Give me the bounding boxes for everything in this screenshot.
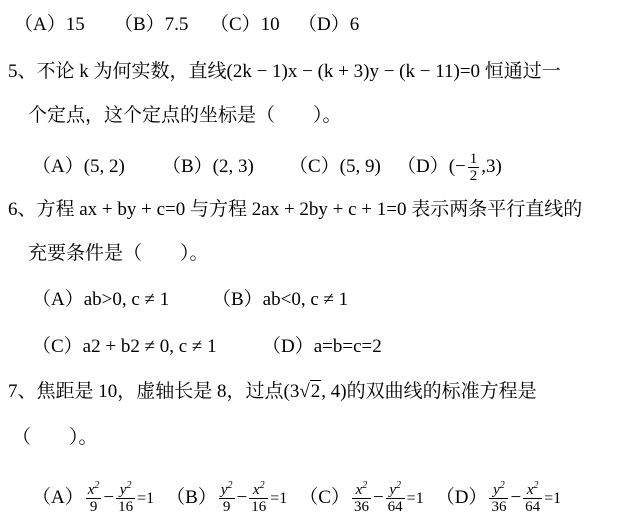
q5-option-a: （A）(5, 2) (32, 156, 162, 178)
q6-option-c: （C）a2 + b2 ≠ 0, c ≠ 1 (32, 336, 262, 358)
sqrt: √2 (299, 381, 321, 403)
q4-option-c: （C）10 (210, 14, 298, 36)
q5-option-b: （B）(2, 3) (162, 156, 289, 178)
q7-line2: （ ）。 (12, 427, 98, 449)
q6-option-a: （A）ab>0, c ≠ 1 (32, 289, 212, 311)
fraction: 12 (468, 151, 480, 184)
fraction: x264 (523, 482, 542, 515)
fraction: x29 (86, 482, 102, 515)
fraction: y236 (489, 482, 508, 515)
q5-line1: 5、不论 k 为何实数，直线(2k − 1)x − (k + 3)y − (k … (8, 61, 561, 83)
q7-line1: 7、焦距是 10，虚轴长是 8，过点(3√2, 4)的双曲线的标准方程是 (8, 381, 537, 403)
q5-options: （A）(5, 2)（B）(2, 3)（C）(5, 9)（D）(−12,3) (32, 151, 502, 184)
q6-line1: 6、方程 ax + by + c=0 与方程 2ax + 2by + c + 1… (8, 199, 582, 221)
q6-options-row1: （A）ab>0, c ≠ 1（B）ab<0, c ≠ 1 (32, 289, 348, 311)
q4-option-b: （B）7.5 (114, 14, 210, 36)
q4-options: （A）15（B）7.5（C）10（D）6 (14, 14, 359, 36)
q6-option-d: （D）a=b=c=2 (262, 336, 382, 358)
q4-option-d: （D）6 (298, 14, 359, 36)
q5-line2: 个定点，这个定点的坐标是（ ）。 (28, 105, 342, 127)
fraction: x216 (249, 482, 268, 515)
q7-option-d: （D）y236−x264=1 (436, 478, 561, 519)
q5-option-d: （D）(−12,3) (397, 151, 502, 184)
fraction: x236 (352, 482, 371, 515)
fraction: y29 (219, 482, 235, 515)
q6-option-b: （B）ab<0, c ≠ 1 (212, 289, 348, 311)
q7-option-a: （A）x29−y216=1 (32, 478, 154, 519)
q7-option-c: （C）x236−y264=1 (299, 478, 423, 519)
fraction: y264 (386, 482, 405, 515)
q7-option-b: （B）y29−x216=1 (166, 478, 287, 519)
fraction: y216 (116, 482, 135, 515)
q6-options-row2: （C）a2 + b2 ≠ 0, c ≠ 1（D）a=b=c=2 (32, 336, 382, 358)
q7-options: （A）x29−y216=1（B）y29−x216=1（C）x236−y264=1… (32, 478, 573, 519)
q4-option-a: （A）15 (14, 14, 114, 36)
q5-option-c: （C）(5, 9) (289, 156, 397, 178)
q6-line2: 充要条件是（ ）。 (28, 243, 209, 265)
